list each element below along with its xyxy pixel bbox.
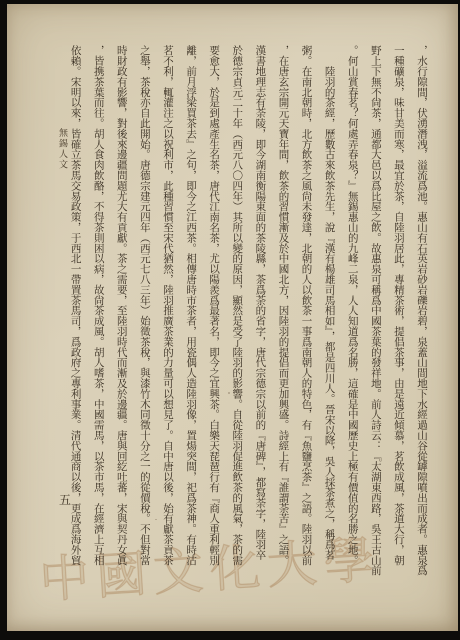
- page-paper: 中國文化大學 ，水行隙間，伏湧潛洩，溢流爲池。惠山有石英岩砂岩礫岩碧，泉蓋山間地…: [7, 4, 458, 631]
- paper-speck: [228, 392, 230, 394]
- text-column: 於德宗貞元二十年（西元八〇四年）其所以變的原因，顯然是受了陸羽的影響。自從陸羽促…: [225, 45, 248, 572]
- text-column: 粥。在南北朝時，北方飲茶之風尙未發達，北朝的人以飲茶一事爲南朝人的特色，有『魚鹽…: [294, 45, 317, 572]
- text-column: 時財政有影響，對後來邊疆問題尤大有貢獻。茶之需要，至陸羽時代而漸及於邊疆。唐與回…: [110, 45, 133, 572]
- text-columns: ，水行隙間，伏湧潛洩，溢流爲池。惠山有石英岩砂岩礫岩碧，泉蓋山間地下水經過山谷從…: [64, 45, 434, 572]
- text-column: 陸羽的茶經，歷數古來飲茶先生，說『漢有楊雄司馬相如』，都是四川人。晉宋以降，吳人…: [318, 45, 341, 572]
- text-column: 。何山賞春茗？何處弄春泉？』無錫惠山的九峰二泉，人人知道爲名勝，這確是中國歷史上…: [341, 45, 364, 572]
- text-column: 離，前月浮梁買茶去』之句，即今之江西茶。相傳唐時市茶者，用瓷偶人造陸羽像，置煬突…: [179, 45, 202, 572]
- text-column: 要愈大，於是到處產生名茶，唐代江南名茶，尤以陽羨爲最著名，即今之宜興茶。白樂天琵…: [202, 45, 225, 572]
- page-number: 五: [59, 491, 71, 508]
- text-column: ，在唐玄宗開元天寶年間，飲茶的習慣漸及於中國北方，因陸羽的提倡而更加興盛。詩經上…: [271, 45, 294, 572]
- text-column: 野上下無不尙茶，通都大邑以爲比屋之飲。故惠泉可稱爲中國茶葉的發祥地。前人詩云：『…: [364, 45, 387, 572]
- text-column: ，皆携茶葉而往。胡人食肉飲酪，不得茶則困以病，故尙茶成風。胡人嗜茶，中國需馬，以…: [87, 45, 110, 572]
- book-title-margin-label: 無錫人文: [57, 128, 70, 170]
- paper-speck: [155, 519, 157, 520]
- scanned-book-page: 中國文化大學 ，水行隙間，伏湧潛洩，溢流爲池。惠山有石英岩砂岩礫岩碧，泉蓋山間地…: [0, 0, 460, 640]
- text-column: 漢書地理志有荼陵，即今湖南衡陽東面的茶陵縣，茶爲荼的省字，唐代宗德宗以前的『唐碑…: [248, 45, 271, 572]
- text-column: 之舉，茶稅亦自此開始。唐德宗建元四年（西元七八三年）始徵茶稅，與漆竹木同徵十分之…: [133, 45, 156, 572]
- text-column: ，水行隙間，伏湧潛洩，溢流爲池。惠山有石英岩砂岩礫岩碧，泉蓋山間地下水經過山谷從…: [410, 45, 433, 572]
- text-column: 一種礦泉，味甘美而寒，最宜於茶，自陸羽居此，專精茶術，提倡茶事，由是遠近傾慕，茗…: [387, 45, 410, 572]
- text-column: 茗不利，輒灌注之以祝利市，此種習慣至宋代猶然，陸羽推廣茶業的力量可以想見了。自中…: [156, 45, 179, 572]
